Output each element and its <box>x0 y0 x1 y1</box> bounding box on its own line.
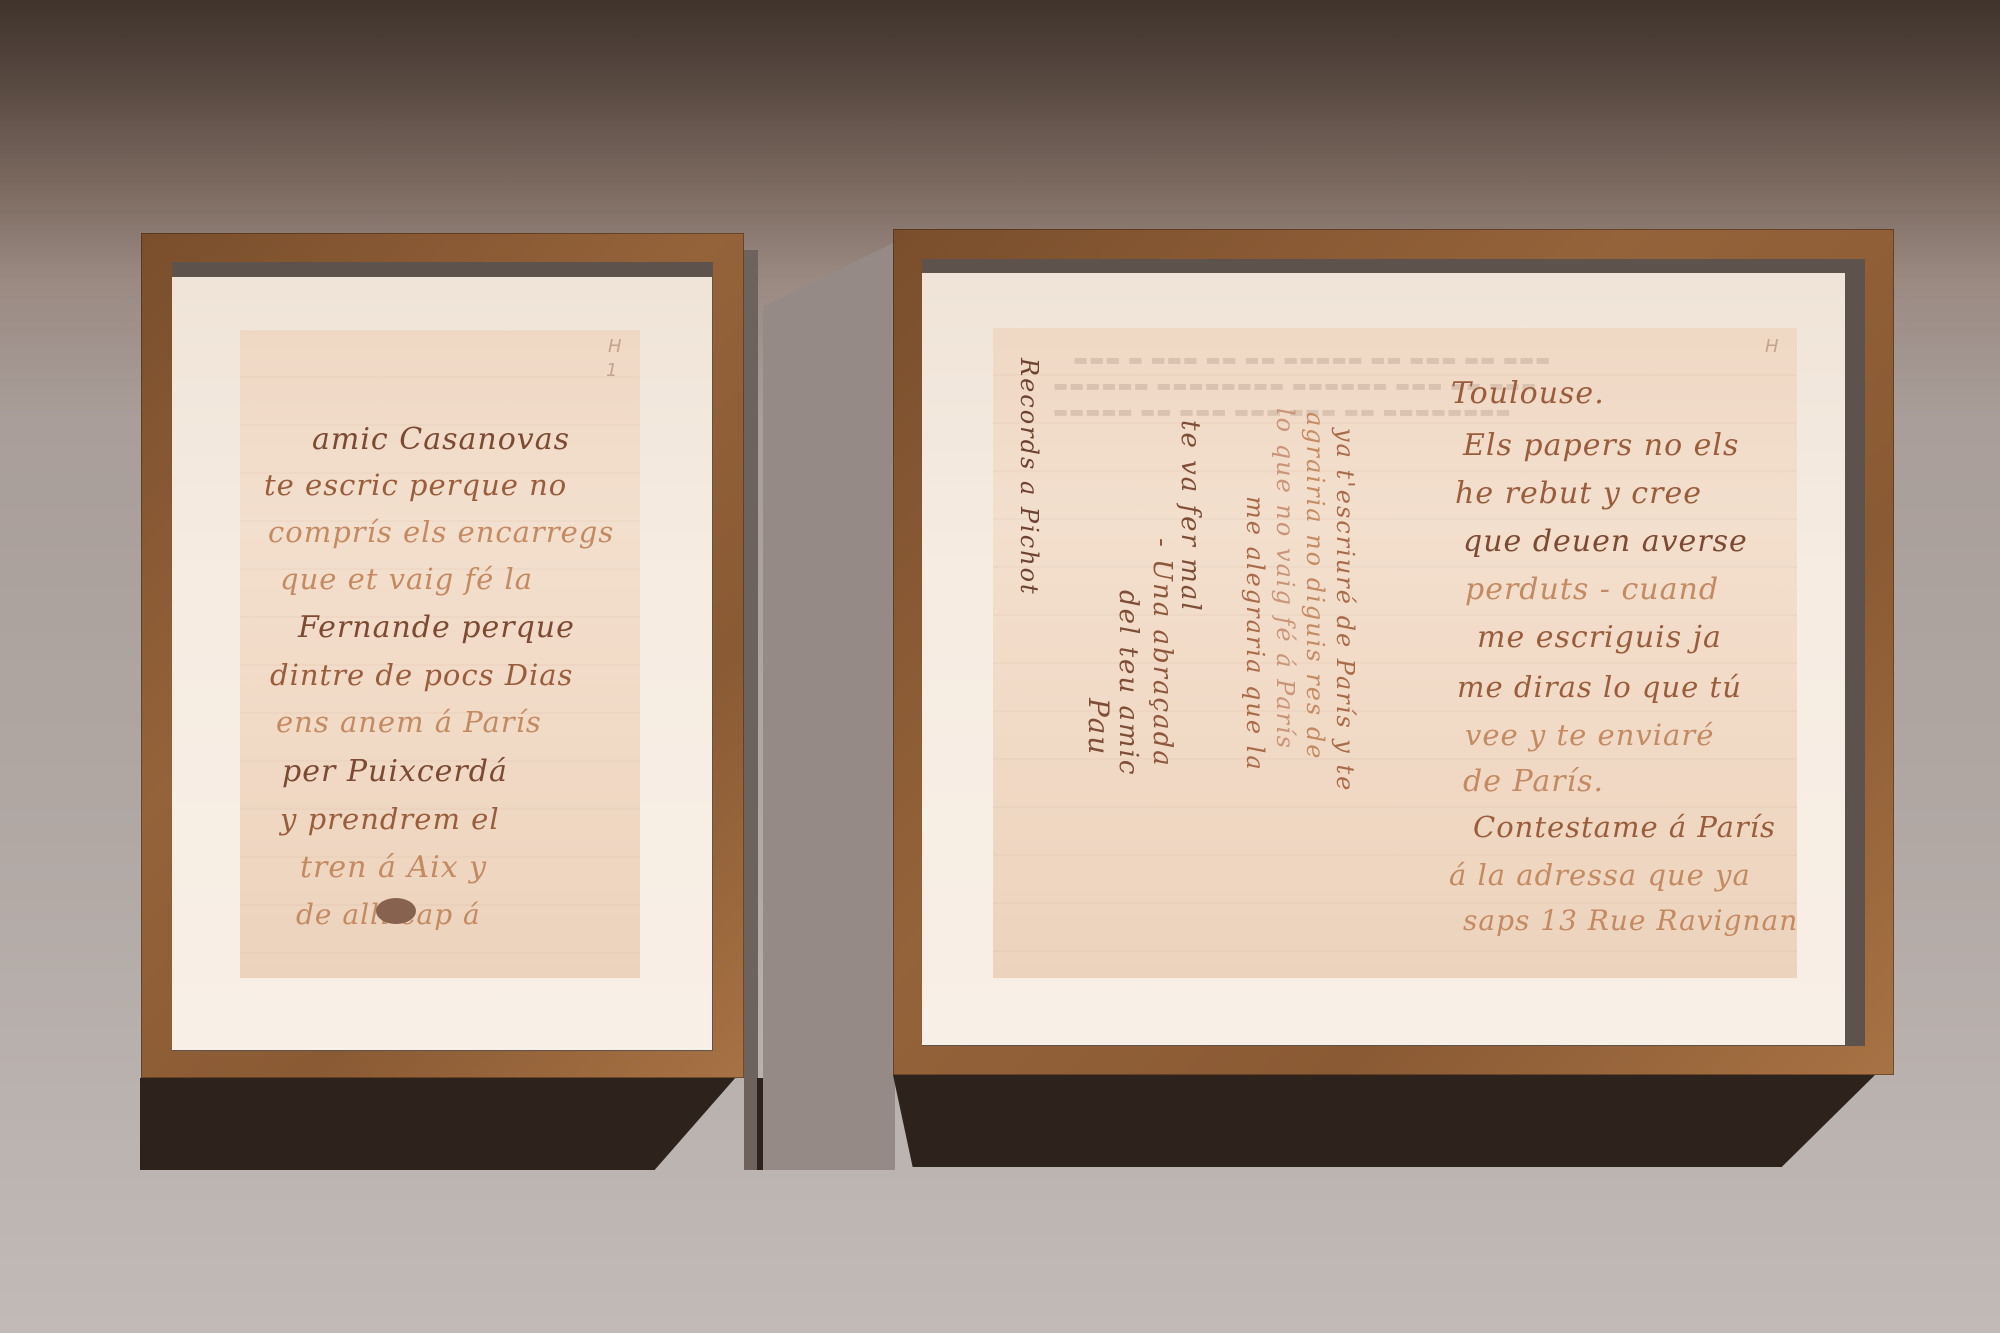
right-letter-line-10: Contestame á París <box>1473 810 1776 844</box>
right-letter-vertical-line-3: lo que no vaig fé á París <box>1271 408 1299 750</box>
right-letter-line-2: Els papers no els <box>1463 428 1739 463</box>
right-letter-vertical-line-9: Records a Pichot <box>1015 358 1043 596</box>
left-letter-line-9: y prendrem el <box>280 802 500 836</box>
right-letter-vertical-line-7: del teu amic <box>1113 590 1143 777</box>
shadow-under-right-frame <box>893 1075 1875 1167</box>
right-letter-vertical-line-4: me alegraria que la <box>1241 496 1269 772</box>
show-through-print-1: ▬▬▬ ▬ ▬▬▬ ▬▬ ▬▬ ▬▬▬▬▬ ▬▬ ▬▬▬ ▬▬ ▬▬▬ <box>1073 350 1551 369</box>
right-mat-board: ▬▬▬ ▬ ▬▬▬ ▬▬ ▬▬ ▬▬▬▬▬ ▬▬ ▬▬▬ ▬▬ ▬▬▬ ▬▬▬▬… <box>922 273 1845 1045</box>
left-letter-line-6: dintre de pocs Dias <box>270 658 573 692</box>
left-letter-line-10: tren á Aix y <box>300 850 487 885</box>
right-letter-paper: ▬▬▬ ▬ ▬▬▬ ▬▬ ▬▬ ▬▬▬▬▬ ▬▬ ▬▬▬ ▬▬ ▬▬▬ ▬▬▬▬… <box>993 328 1797 978</box>
left-letter-line-2: te escric perque no <box>264 468 567 502</box>
right-letter-line-3: he rebut y cree <box>1455 476 1702 511</box>
right-letter-vertical-line-2: agrairia no diguis res de <box>1301 412 1329 760</box>
left-letter-line-1: amic Casanovas <box>312 422 570 457</box>
right-letter-vertical-line-1: ya t'escriuré de París y te <box>1331 428 1359 792</box>
right-letter-corner-mark: H <box>1765 336 1779 357</box>
right-letter-line-12: saps 13 Rue Ravignan <box>1463 904 1797 937</box>
left-letter-line-7: ens anem á París <box>276 705 542 739</box>
left-letter-corner-mark-2: 1 <box>606 360 617 381</box>
ink-stain <box>376 898 416 924</box>
right-letter-line-7: me diras lo que tú <box>1457 670 1742 704</box>
left-letter-line-4: que et vaig fé la <box>280 562 533 596</box>
left-letter-line-8: per Puixcerdá <box>282 754 508 789</box>
right-picture-frame: ▬▬▬ ▬ ▬▬▬ ▬▬ ▬▬ ▬▬▬▬▬ ▬▬ ▬▬▬ ▬▬ ▬▬▬ ▬▬▬▬… <box>893 229 1894 1075</box>
right-letter-line-1: Toulouse. <box>1451 376 1605 411</box>
left-letter-line-3: comprís els encarregs <box>268 515 614 549</box>
wall-shadow-strip-left-frame <box>744 250 758 1170</box>
left-mat-board: H 1 amic Casanovas te escric perque no c… <box>172 277 712 1050</box>
left-letter-line-5: Fernande perque <box>298 610 575 645</box>
right-letter-line-5: perduts - cuand <box>1465 572 1719 607</box>
left-picture-frame: H 1 amic Casanovas te escric perque no c… <box>141 233 744 1078</box>
right-letter-line-4: que deuen averse <box>1463 524 1748 559</box>
left-letter-paper: H 1 amic Casanovas te escric perque no c… <box>240 330 640 978</box>
wall-shadow-between-frames <box>763 242 895 1170</box>
right-letter-line-6: me escriguis ja <box>1477 620 1722 655</box>
right-letter-line-9: de París. <box>1463 764 1604 799</box>
left-letter-corner-mark: H <box>608 336 622 357</box>
right-letter-vertical-line-5: te va fer mal <box>1175 420 1205 613</box>
right-letter-vertical-line-8: Pau <box>1082 698 1115 756</box>
right-letter-line-11: á la adressa que ya <box>1449 858 1751 892</box>
right-letter-line-8: vee y te enviaré <box>1465 718 1714 752</box>
right-letter-vertical-line-6: - Una abraçada <box>1147 538 1177 768</box>
shadow-under-left-frame <box>140 1078 760 1170</box>
shadow-under-left-frame-strip <box>757 1078 763 1170</box>
